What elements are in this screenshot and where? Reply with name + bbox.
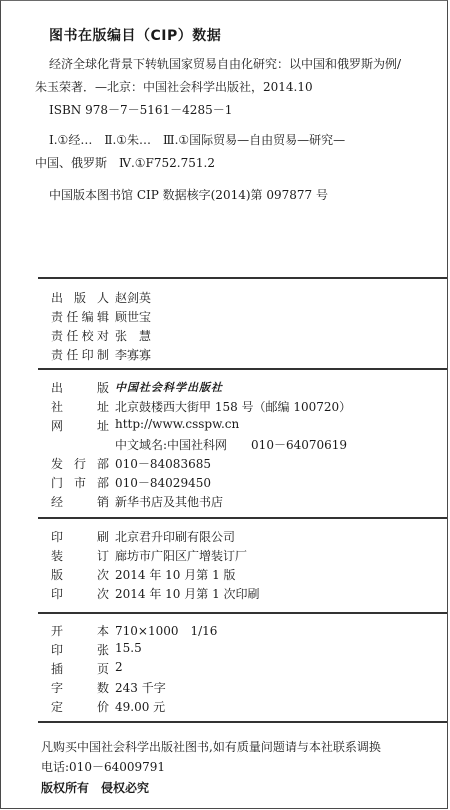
- row-label: 责任印制: [51, 346, 109, 363]
- row-value: 北京鼓楼西大街甲 158 号（邮编 100720）: [115, 398, 351, 415]
- row-label: 版次: [51, 566, 109, 583]
- row-label: 字数: [51, 679, 109, 696]
- specs-row: 插页2: [51, 660, 123, 677]
- cip-author-publisher: 朱玉荣著．—北京：中国社会科学出版社，2014.10: [35, 78, 313, 95]
- row-value: 中国社会科学出版社: [115, 379, 223, 396]
- row-value: 2014 年 10 月第 1 次印刷: [115, 585, 260, 602]
- row-label: 发行部: [51, 455, 109, 472]
- cip-isbn: ISBN 978－7－5161－4285－1: [49, 101, 232, 118]
- publisher-row: 中文域名:中国社科网 010－64070619: [51, 436, 347, 453]
- row-value: 2: [115, 660, 123, 677]
- cip-book-title: 经济全球化背景下转轨国家贸易自由化研究：以中国和俄罗斯为例/: [49, 55, 401, 72]
- row-label: [51, 436, 109, 453]
- specs-row: 定价49.00 元: [51, 698, 165, 715]
- contact-phone: 电话:010－64009791: [41, 758, 165, 775]
- row-label: 插页: [51, 660, 109, 677]
- cip-heading: 图书在版编目（CIP）数据: [49, 25, 221, 45]
- specs-row: 开本710×1000 1/16: [51, 622, 217, 639]
- staff-row: 出版人赵剑英: [51, 289, 151, 306]
- row-label: 出版人: [51, 289, 109, 306]
- row-label: 门市部: [51, 474, 109, 491]
- divider: [38, 721, 447, 723]
- divider: [38, 517, 447, 519]
- row-value: http://www.csspw.cn: [115, 417, 239, 434]
- staff-row: 责任编辑顾世宝: [51, 308, 151, 325]
- row-label: 装订: [51, 547, 109, 564]
- publisher-row: 经销新华书店及其他书店: [51, 493, 223, 510]
- printing-row: 印刷北京君升印刷有限公司: [51, 528, 235, 545]
- row-label: 经销: [51, 493, 109, 510]
- row-label: 责任校对: [51, 327, 109, 344]
- row-value: 710×1000 1/16: [115, 622, 217, 639]
- publisher-row: 社址北京鼓楼西大街甲 158 号（邮编 100720）: [51, 398, 351, 415]
- printing-row: 版次2014 年 10 月第 1 版: [51, 566, 236, 583]
- printing-row: 装订廊坊市广阳区广增装订厂: [51, 547, 247, 564]
- copyright-page: 图书在版编目（CIP）数据 经济全球化背景下转轨国家贸易自由化研究：以中国和俄罗…: [0, 0, 448, 809]
- row-label: 责任编辑: [51, 308, 109, 325]
- divider: [38, 612, 447, 614]
- printing-row: 印次2014 年 10 月第 1 次印刷: [51, 585, 260, 602]
- divider: [38, 368, 447, 370]
- row-value: 2014 年 10 月第 1 版: [115, 566, 236, 583]
- divider: [38, 277, 447, 279]
- row-label: 印次: [51, 585, 109, 602]
- row-label: 开本: [51, 622, 109, 639]
- row-label: 出版: [51, 379, 109, 396]
- staff-row: 责任校对张 慧: [51, 327, 151, 344]
- row-value: 顾世宝: [115, 308, 151, 325]
- row-value: 中文域名:中国社科网 010－64070619: [115, 436, 347, 453]
- row-value: 李寡寡: [115, 346, 151, 363]
- cip-library-record: 中国版本图书馆 CIP 数据核字(2014)第 097877 号: [49, 186, 328, 203]
- row-label: 印张: [51, 641, 109, 658]
- publisher-row: 网址http://www.csspw.cn: [51, 417, 239, 434]
- row-label: 网址: [51, 417, 109, 434]
- quality-notice: 凡购买中国社会科学出版社图书,如有质量问题请与本社联系调换: [41, 738, 381, 755]
- row-value: 张 慧: [115, 327, 151, 344]
- rights-reserved: 版权所有 侵权必究: [41, 779, 149, 796]
- cip-classification-2: 中国、俄罗斯 Ⅳ.①F752.751.2: [35, 154, 215, 171]
- staff-row: 责任印制李寡寡: [51, 346, 151, 363]
- specs-row: 印张15.5: [51, 641, 142, 658]
- row-value: 010－84083685: [115, 455, 211, 472]
- publisher-row: 门市部010－84029450: [51, 474, 211, 491]
- publisher-row: 出版中国社会科学出版社: [51, 379, 223, 396]
- row-value: 010－84029450: [115, 474, 211, 491]
- row-value: 15.5: [115, 641, 142, 658]
- row-value: 廊坊市广阳区广增装订厂: [115, 547, 247, 564]
- specs-row: 字数243 千字: [51, 679, 166, 696]
- row-value: 北京君升印刷有限公司: [115, 528, 235, 545]
- row-value: 新华书店及其他书店: [115, 493, 223, 510]
- row-label: 印刷: [51, 528, 109, 545]
- row-label: 定价: [51, 698, 109, 715]
- publisher-row: 发行部010－84083685: [51, 455, 211, 472]
- cip-classification-1: Ⅰ.①经… Ⅱ.①朱… Ⅲ.①国际贸易—自由贸易—研究—: [49, 131, 345, 148]
- row-value: 49.00 元: [115, 698, 165, 715]
- row-value: 赵剑英: [115, 289, 151, 306]
- row-value: 243 千字: [115, 679, 166, 696]
- row-label: 社址: [51, 398, 109, 415]
